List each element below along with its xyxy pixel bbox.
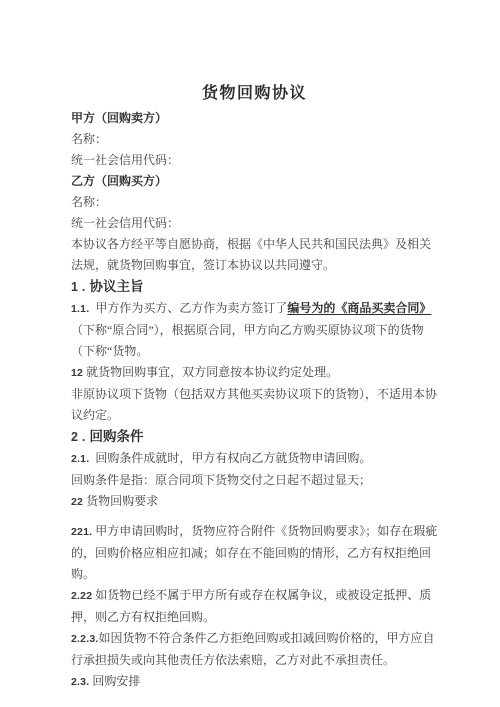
clause-2-2-3: 2.2.3.如因货物不符合条件乙方拒绝回购或扣减回购价格的，甲方应自行承担损失或… xyxy=(71,628,438,671)
section-2-title: 回购条件 xyxy=(90,429,144,444)
clause-1-1-text-pre: 甲方作为买方、乙方作为卖方签订了 xyxy=(89,301,287,315)
document-title: 货物回购协议 xyxy=(71,84,438,104)
clause-1-2-number: 12 xyxy=(71,367,83,379)
clause-2-1: 2.1. 回购条件成就时，甲方有权向乙方就货物申请回购。 xyxy=(71,448,438,470)
clause-1-3: 非原协议项下货物（包括双方其他买卖协议项下的货物），不适用本协议约定。 xyxy=(71,384,438,426)
section-2-heading: 2 .回购条件 xyxy=(71,426,438,448)
clause-2-1-number: 2.1. xyxy=(71,453,89,465)
clause-1-1-text-post: （下称“原合同”），根据原合同，甲方向乙方购买原协议项下的货物（下称“货物。 xyxy=(71,323,424,358)
clause-2-1-note: 回购条件是指：原合同项下货物交付之日起不超过显天； xyxy=(71,470,438,491)
party-b-name-label: 名称： xyxy=(71,192,438,213)
section-2-number: 2 . xyxy=(71,430,86,444)
clause-2-3-number: 2.3. xyxy=(71,676,89,688)
clause-2-2-1-text: 甲方申请回购时，货物应符合附件《货物回购要求》；如存在瑕疵的，回购价格应相应扣减… xyxy=(71,524,437,581)
clause-2-2-number: 22 xyxy=(71,496,83,508)
party-b-credit-code-label: 统一社会信用代码： xyxy=(71,213,438,234)
section-1-heading: 1 .协议主旨 xyxy=(71,276,438,298)
contract-document-page: 货物回购协议 甲方（回购卖方） 名称： 统一社会信用代码： 乙方（回购买方） 名… xyxy=(0,0,500,707)
clause-2-2-heading: 22 货物回购要求 xyxy=(71,491,438,513)
clause-1-1: 1.1. 甲方作为买方、乙方作为卖方签订了编号为的《商品买卖合同》（下称“原合同… xyxy=(71,298,438,362)
clause-1-1-number: 1.1. xyxy=(71,303,89,315)
party-a-heading: 甲方（回购卖方） xyxy=(71,108,438,129)
clause-2-2-1-number: 221. xyxy=(71,526,92,538)
clause-2-3: 2.3. 回购安排 xyxy=(71,671,438,693)
clause-2-2-heading-text: 货物回购要求 xyxy=(83,494,158,508)
party-b-heading: 乙方（回购买方） xyxy=(71,171,438,192)
clause-1-2: 12 就货物回购事宜，双方同意按本协议约定处理。 xyxy=(71,362,438,384)
blank-line-spacer xyxy=(71,513,438,521)
party-a-name-label: 名称： xyxy=(71,129,438,150)
clause-2-1-text: 回购条件成就时，甲方有权向乙方就货物申请回购。 xyxy=(89,451,371,465)
clause-2-2-2: 2.22 如货物已经不属于甲方所有或存在权属争议，或被设定抵押、质押，则乙方有权… xyxy=(71,585,438,628)
clause-2-3-text: 回购安排 xyxy=(89,674,140,688)
clause-2-2-2-number: 2.22 xyxy=(71,590,92,602)
clause-2-2-3-text: 如因货物不符合条件乙方拒绝回购或扣减回购价格的，甲方应自行承担损失或向其他责任方… xyxy=(71,631,435,667)
preamble-paragraph: 本协议各方经平等自愿协商，根据《中华人民共和国民法典》及相关法规，就货物回购事宜… xyxy=(71,234,438,276)
clause-2-2-1: 221. 甲方申请回购时，货物应符合附件《货物回购要求》；如存在瑕疵的，回购价格… xyxy=(71,521,438,585)
party-a-credit-code-label: 统一社会信用代码： xyxy=(71,150,438,171)
section-1-number: 1 . xyxy=(71,280,86,294)
section-1-title: 协议主旨 xyxy=(90,279,144,294)
clause-1-2-text: 就货物回购事宜，双方同意按本协议约定处理。 xyxy=(83,365,338,379)
clause-2-2-2-text: 如货物已经不属于甲方所有或存在权属争议，或被设定抵押、质押，则乙方有权拒绝回购。 xyxy=(71,588,431,624)
clause-1-1-underlined-contract-reference: 编号为的《商品买卖合同》 xyxy=(287,301,431,315)
clause-2-2-3-number: 2.2.3. xyxy=(71,633,98,645)
